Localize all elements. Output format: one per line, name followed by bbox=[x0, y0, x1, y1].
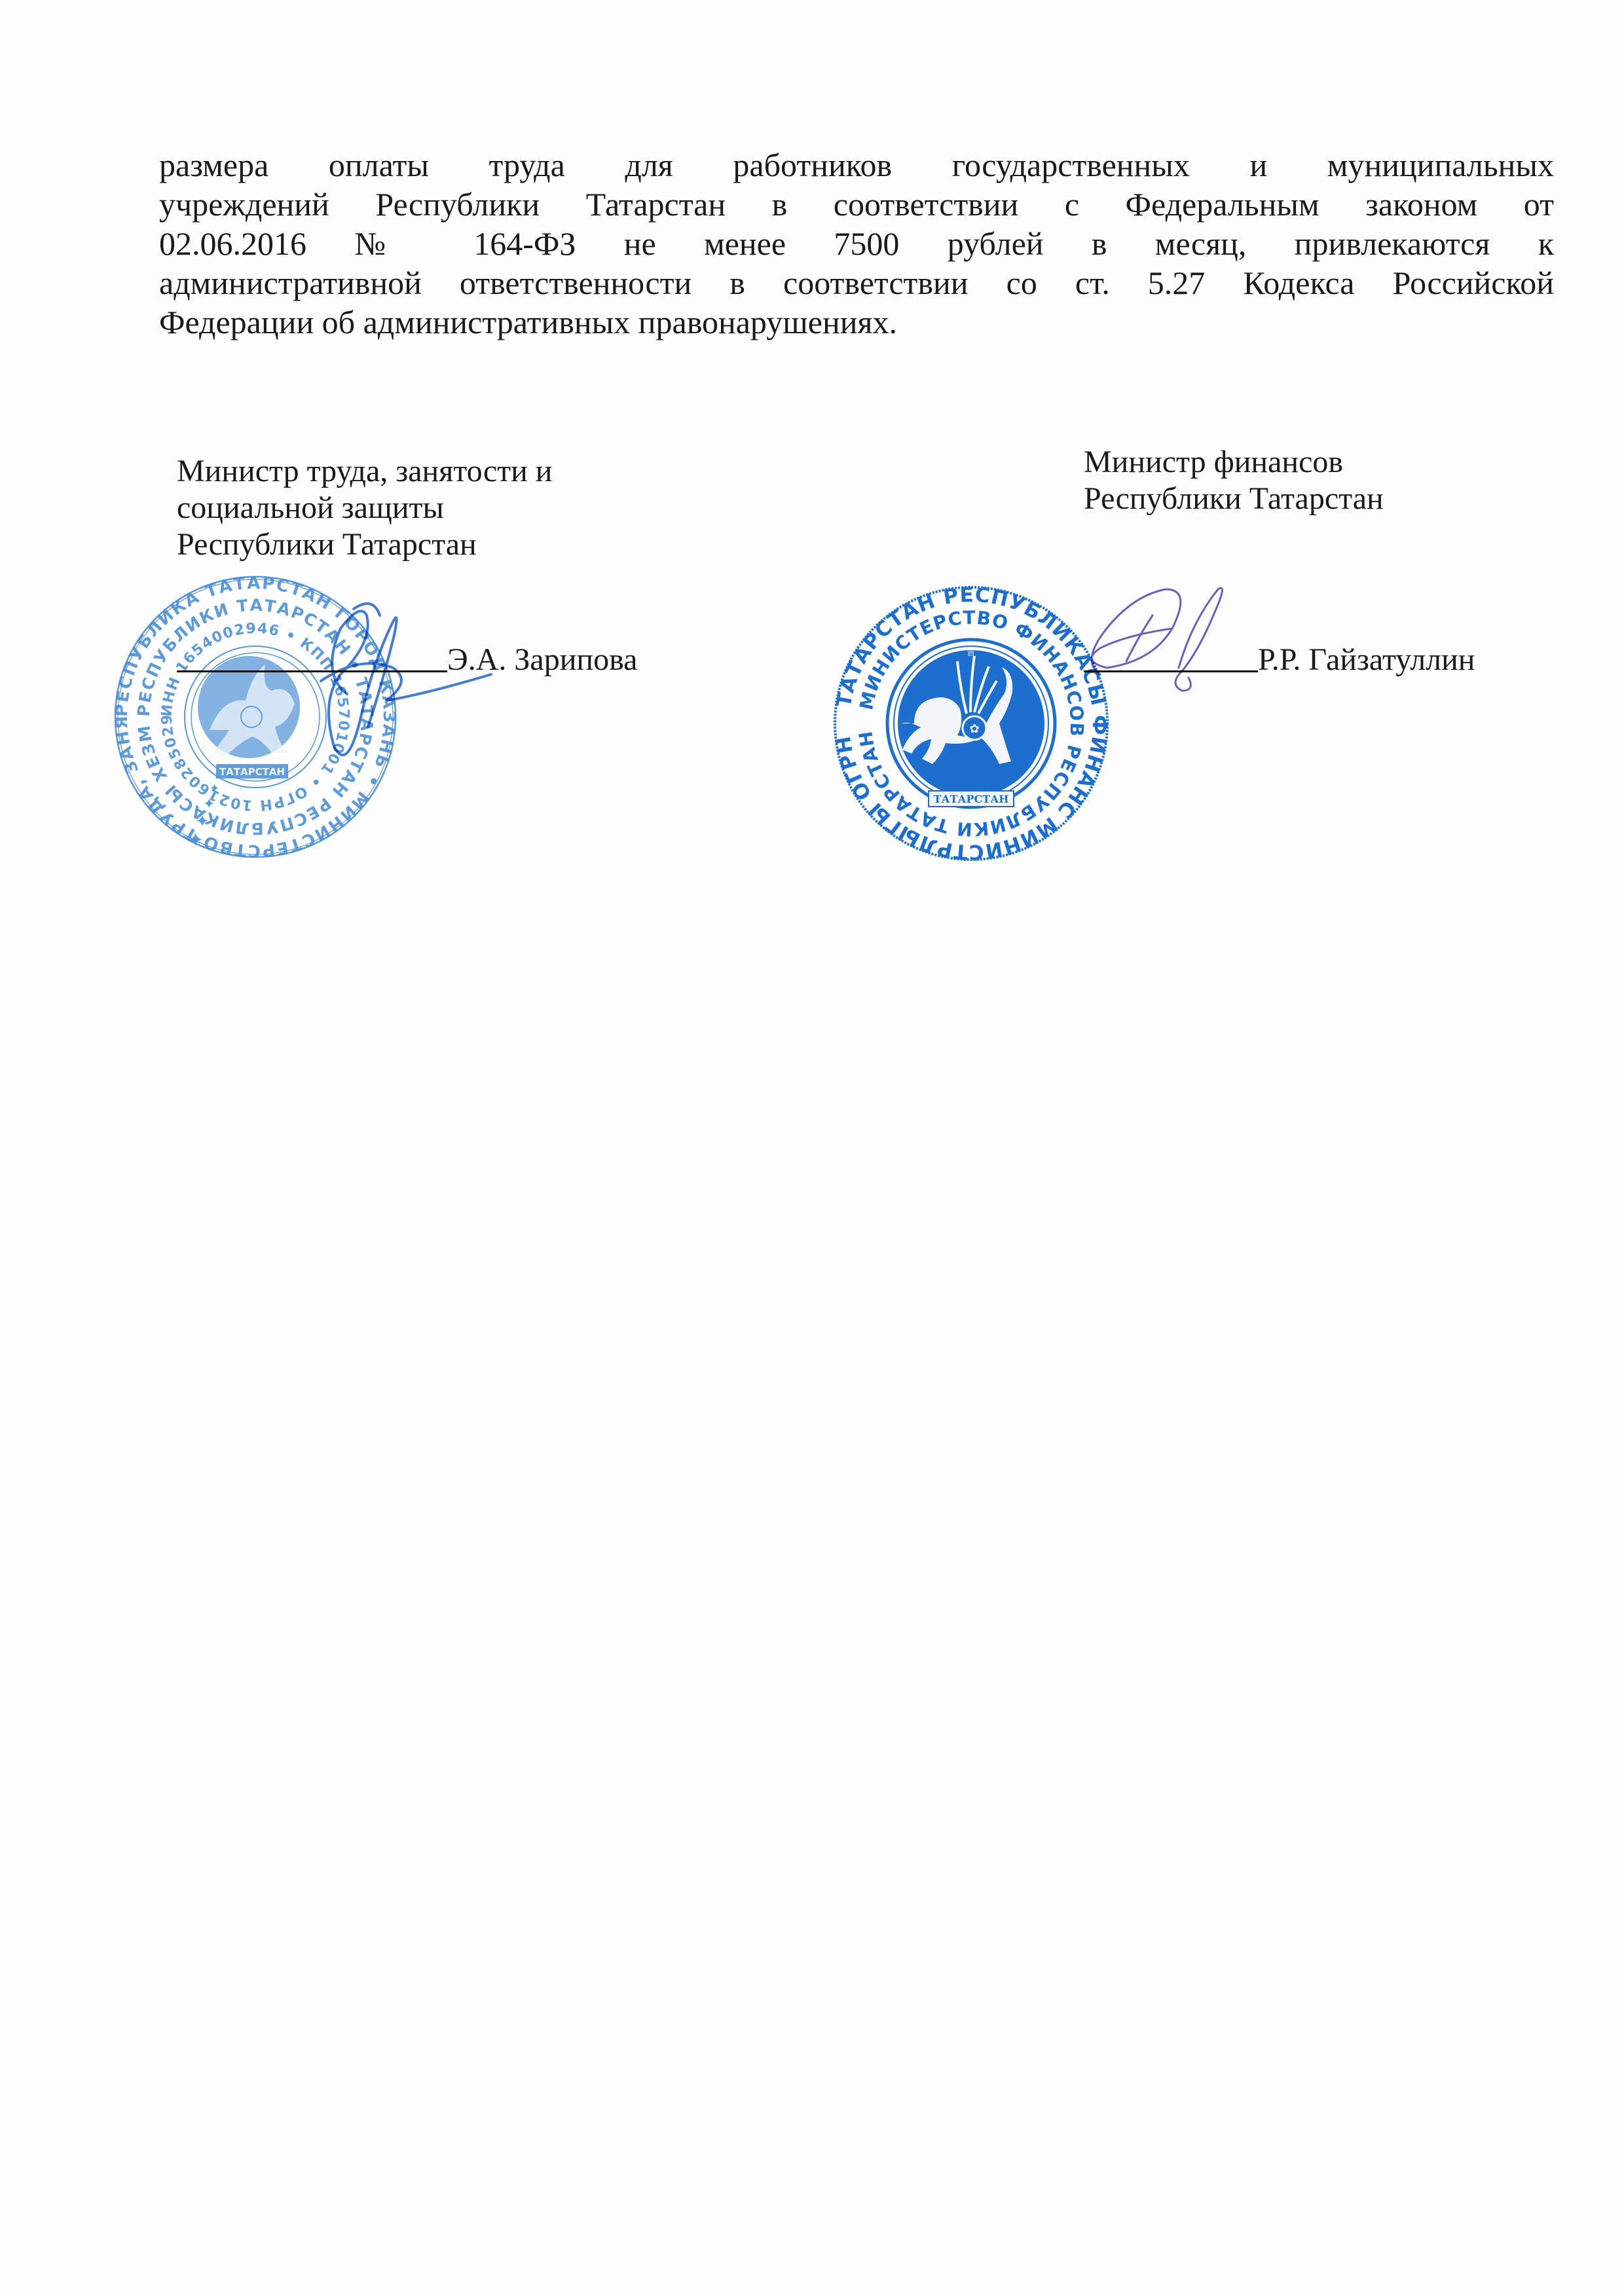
right-title-line-1: Министр финансов bbox=[1084, 444, 1384, 481]
right-title-line-2: Республики Татарстан bbox=[1084, 481, 1384, 517]
left-signatory-name: Э.А. Зарипова bbox=[447, 642, 637, 678]
svg-text:ТАТАРСТАН РЕСПУБЛИКАСЫ ФИНАНС: ТАТАРСТАН РЕСПУБЛИКАСЫ ФИНАНС МИНИСТРЛЫГ… bbox=[830, 583, 1111, 864]
right-signatory-name: Р.Р. Гайзатуллин bbox=[1258, 642, 1475, 678]
svg-text:✦: ✦ bbox=[195, 812, 210, 831]
svg-text:РЕСПУБЛИКИ ТАТАРСТАН • ТАТАРСТ: РЕСПУБЛИКИ ТАТАРСТАН • ТАТАРСТАН РЕСПУБЛ… bbox=[111, 573, 377, 838]
body-line-3: 02.06.2016 № 164-ФЗ не менее 7500 рублей… bbox=[159, 224, 1554, 263]
left-title-line-1: Министр труда, занятости и bbox=[177, 453, 552, 490]
svg-text:✦: ✦ bbox=[210, 782, 219, 795]
body-line-4: административной ответственности в соотв… bbox=[159, 263, 1554, 302]
right-signature-line bbox=[1084, 670, 1258, 672]
right-signatory-title: Министр финансов Республики Татарстан bbox=[1084, 444, 1384, 517]
body-paragraph: размера оплаты труда для работников госу… bbox=[159, 145, 1554, 342]
right-stamp-emblem-label: ТАТАРСТАН bbox=[934, 793, 1009, 805]
svg-text:✦: ✦ bbox=[203, 795, 215, 812]
document-page: размера оплаты труда для работников госу… bbox=[0, 0, 1624, 2296]
body-line-2: учреждений Республики Татарстан в соотве… bbox=[159, 185, 1554, 224]
body-line-1: размера оплаты труда для работников госу… bbox=[159, 145, 1554, 185]
svg-text:РЕСПУБЛИКА ТАТАРСТАН ГОРОД КАЗ: РЕСПУБЛИКА ТАТАРСТАН ГОРОД КАЗАНЬ • МИНИ… bbox=[111, 573, 399, 860]
svg-text:♕: ♕ bbox=[965, 645, 977, 659]
left-stamp-outer-text: РЕСПУБЛИКА ТАТАРСТАН ГОРОД КАЗАНЬ • МИНИ… bbox=[111, 573, 399, 860]
right-stamp-outer-text: ТАТАРСТАН РЕСПУБЛИКАСЫ ФИНАНС МИНИСТРЛЫГ… bbox=[830, 583, 1111, 864]
left-stamp-emblem-label: ТАТАРСТАН bbox=[219, 766, 285, 778]
left-stamp-emblem-icon: ТАТАРСТАН bbox=[198, 656, 300, 778]
ministry-finance-stamp: ТАТАРСТАН РЕСПУБЛИКАСЫ ФИНАНС МИНИСТРЛЫГ… bbox=[830, 583, 1112, 864]
right-handwritten-signature bbox=[1074, 576, 1270, 694]
left-signatory-title: Министр труда, занятости и социальной за… bbox=[177, 453, 552, 563]
left-stamp-inner-text: ИНН 1654002946 • КПП 165701001 • ОГРН 10… bbox=[111, 573, 352, 813]
left-signature-line bbox=[177, 670, 447, 672]
svg-text:ИНН 1654002946 • КПП 165701001: ИНН 1654002946 • КПП 165701001 • ОГРН 10… bbox=[111, 573, 352, 813]
svg-text:МИНИСТЕРСТВО ФИНАНСОВ РЕСПУБЛИ: МИНИСТЕРСТВО ФИНАНСОВ РЕСПУБЛИКИ ТАТАРСТ… bbox=[830, 583, 1088, 840]
left-stamp-middle-text: РЕСПУБЛИКИ ТАТАРСТАН • ТАТАРСТАН РЕСПУБЛ… bbox=[111, 573, 377, 838]
left-title-line-3: Республики Татарстан bbox=[177, 526, 552, 563]
ministry-labour-stamp: РЕСПУБЛИКА ТАТАРСТАН ГОРОД КАЗАНЬ • МИНИ… bbox=[111, 573, 399, 861]
right-stamp-emblem-icon: ✿ ТАТАРСТАН ♕ bbox=[898, 645, 1044, 807]
left-title-line-2: социальной защиты bbox=[177, 490, 552, 526]
svg-text:✿: ✿ bbox=[969, 722, 979, 735]
body-line-5: Федерации об административных правонаруш… bbox=[159, 302, 1554, 342]
right-stamp-inner-text: МИНИСТЕРСТВО ФИНАНСОВ РЕСПУБЛИКИ ТАТАРСТ… bbox=[830, 583, 1088, 840]
svg-text:✦: ✦ bbox=[187, 829, 204, 851]
